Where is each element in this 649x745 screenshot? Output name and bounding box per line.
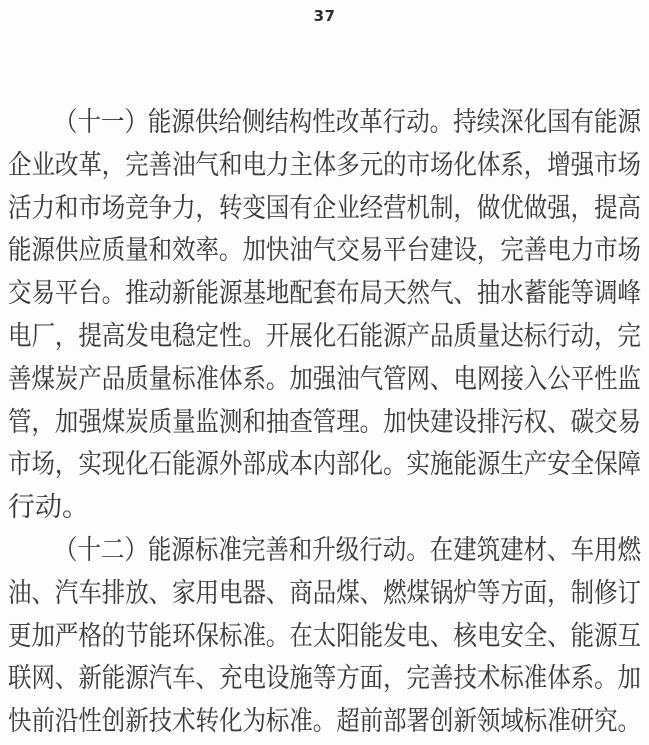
paragraph-11: （十一）能源供给侧结构性改革行动。持续深化国有能源 企业改革，完善油气和电力主体… [8, 101, 641, 529]
text-line: （十二）能源标准完善和升级行动。在建筑建材、车用燃 [8, 529, 641, 572]
text-line: 交易平台。推动新能源基地配套布局天然气、抽水蓄能等调峰 [8, 272, 641, 315]
text-line: 行动。 [8, 486, 641, 529]
text-line: 更加严格的节能环保标准。在太阳能发电、核电安全、能源互 [8, 615, 641, 658]
page-body-text: （十一）能源供给侧结构性改革行动。持续深化国有能源 企业改革，完善油气和电力主体… [0, 101, 649, 743]
text-line: 能源供应质量和效率。加快油气交易平台建设，完善电力市场 [8, 229, 641, 272]
text-line: 油、汽车排放、家用电器、商品煤、燃煤锅炉等方面，制修订 [8, 572, 641, 615]
text-line: 电厂，提高发电稳定性。开展化石能源产品质量达标行动，完 [8, 315, 641, 358]
page-number: 37 [0, 0, 649, 27]
text-line: 联网、新能源汽车、充电设施等方面，完善技术标准体系。加 [8, 657, 641, 700]
text-line: 善煤炭产品质量标准体系。加强油气管网、电网接入公平性监 [8, 358, 641, 401]
text-line: （十一）能源供给侧结构性改革行动。持续深化国有能源 [8, 101, 641, 144]
text-line: 管，加强煤炭质量监测和抽查管理。加快建设排污权、碳交易 [8, 401, 641, 444]
text-line: 活力和市场竞争力，转变国有企业经营机制，做优做强，提高 [8, 187, 641, 230]
paragraph-12: （十二）能源标准完善和升级行动。在建筑建材、车用燃 油、汽车排放、家用电器、商品… [8, 529, 641, 743]
document-page: 37 （十一）能源供给侧结构性改革行动。持续深化国有能源 企业改革，完善油气和电… [0, 0, 649, 745]
text-line: 企业改革，完善油气和电力主体多元的市场化体系，增强市场 [8, 144, 641, 187]
text-line: 市场，实现化石能源外部成本内部化。实施能源生产安全保障 [8, 443, 641, 486]
text-line: 快前沿性创新技术转化为标准。超前部署创新领域标准研究。 [8, 700, 641, 743]
